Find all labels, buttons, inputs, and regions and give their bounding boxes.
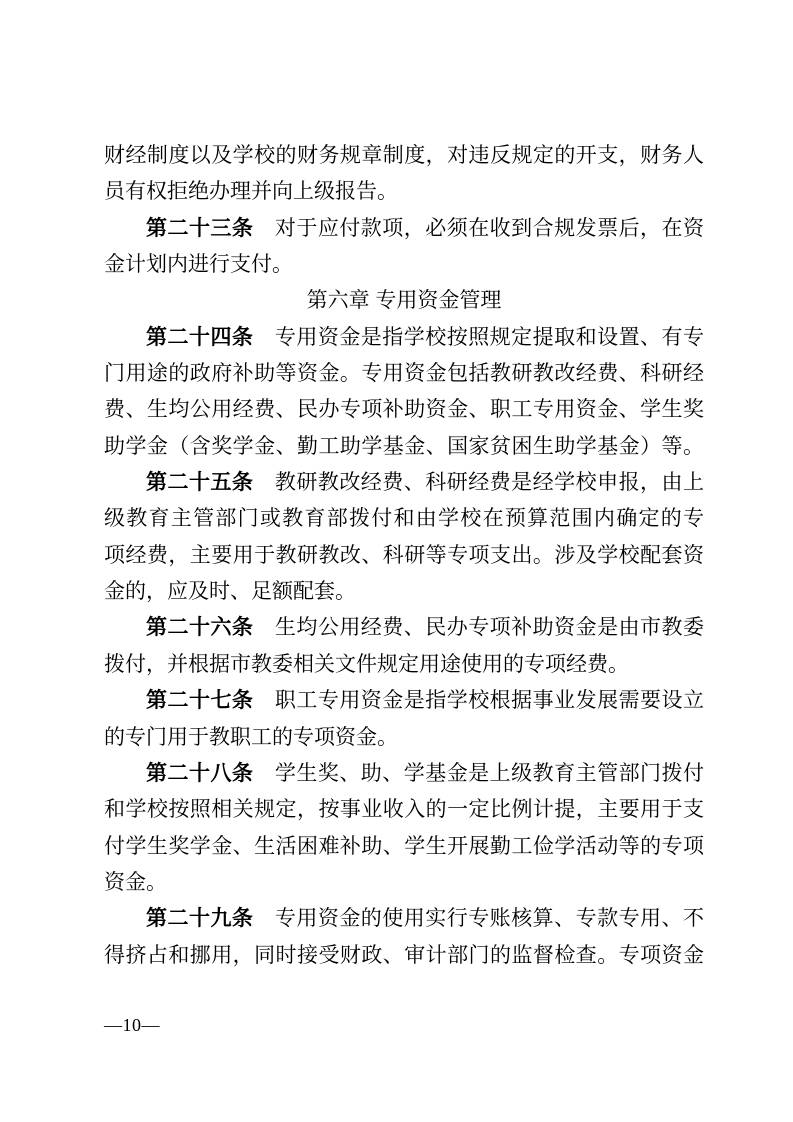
line-text: 教研教改经费、科研经费是经学校申报，由上: [253, 471, 704, 494]
text-line: 金计划内进行支付。: [104, 247, 704, 283]
line-text: 级教育主管部门或教育部拨付和由学校在预算范围内确定的专: [104, 507, 704, 530]
text-line: 付学生奖学金、生活困难补助、学生开展勤工俭学活动等的专项: [104, 829, 704, 865]
text-line: 第二十四条 专用资金是指学校按照规定提取和设置、有专: [104, 320, 704, 356]
text-line: 助学金（含奖学金、勤工助学基金、国家贫困生助学基金）等。: [104, 429, 704, 465]
article-number: 第二十九条: [146, 907, 253, 930]
article-number: 第二十五条: [146, 471, 253, 494]
text-line: 门用途的政府补助等资金。专用资金包括教研教改经费、科研经: [104, 356, 704, 392]
line-text: 对于应付款项，必须在收到合规发票后，在资: [253, 217, 704, 240]
line-text: 助学金（含奖学金、勤工助学基金、国家贫困生助学基金）等。: [104, 435, 704, 458]
line-text: 金的，应及时、足额配套。: [104, 580, 356, 603]
line-text: 费、生均公用经费、民办专项补助资金、职工专用资金、学生奖: [104, 398, 704, 421]
text-line: 第二十九条 专用资金的使用实行专账核算、专款专用、不: [104, 901, 704, 937]
line-text: 和学校按照相关规定，按事业收入的一定比例计提，主要用于支: [104, 798, 704, 821]
text-line: 员有权拒绝办理并向上级报告。: [104, 174, 704, 210]
article-number: 第二十七条: [146, 689, 253, 712]
line-text: 专用资金的使用实行专账核算、专款专用、不: [253, 907, 704, 930]
line-text: 资金。: [104, 871, 167, 894]
chapter-heading: 第六章 专用资金管理: [104, 283, 704, 319]
line-text: 职工专用资金是指学校根据事业发展需要设立: [253, 689, 704, 712]
line-text: 项经费，主要用于教研教改、科研等专项支出。涉及学校配套资: [104, 544, 704, 567]
text-line: 得挤占和挪用，同时接受财政、审计部门的监督检查。专项资金: [104, 938, 704, 974]
line-text: 门用途的政府补助等资金。专用资金包括教研教改经费、科研经: [104, 362, 704, 385]
line-text: 员有权拒绝办理并向上级报告。: [104, 180, 398, 203]
article-number: 第二十三条: [146, 217, 253, 240]
article-number: 第二十四条: [146, 326, 253, 349]
line-text: 付学生奖学金、生活困难补助、学生开展勤工俭学活动等的专项: [104, 835, 704, 858]
document-page: 财经制度以及学校的财务规章制度，对违反规定的开支，财务人员有权拒绝办理并向上级报…: [0, 0, 793, 1122]
text-line: 费、生均公用经费、民办专项补助资金、职工专用资金、学生奖: [104, 392, 704, 428]
document-lines: 财经制度以及学校的财务规章制度，对违反规定的开支，财务人员有权拒绝办理并向上级报…: [104, 138, 704, 974]
line-text: 专用资金是指学校按照规定提取和设置、有专: [253, 326, 704, 349]
text-line: 拨付，并根据市教委相关文件规定用途使用的专项经费。: [104, 647, 704, 683]
line-text: 拨付，并根据市教委相关文件规定用途使用的专项经费。: [104, 653, 629, 676]
line-text: 生均公用经费、民办专项补助资金是由市教委: [253, 616, 704, 639]
text-line: 第二十三条 对于应付款项，必须在收到合规发票后，在资: [104, 211, 704, 247]
line-text: 得挤占和挪用，同时接受财政、审计部门的监督检查。专项资金: [104, 944, 704, 967]
article-number: 第二十八条: [146, 762, 253, 785]
text-line: 项经费，主要用于教研教改、科研等专项支出。涉及学校配套资: [104, 538, 704, 574]
line-text: 财经制度以及学校的财务规章制度，对违反规定的开支，财务人: [104, 144, 704, 167]
text-line: 第二十八条 学生奖、助、学基金是上级教育主管部门拨付: [104, 756, 704, 792]
article-number: 第二十六条: [146, 616, 253, 639]
line-text: 学生奖、助、学基金是上级教育主管部门拨付: [253, 762, 704, 785]
page-number: —10—: [104, 1013, 160, 1037]
text-line: 级教育主管部门或教育部拨付和由学校在预算范围内确定的专: [104, 501, 704, 537]
text-line: 第二十六条 生均公用经费、民办专项补助资金是由市教委: [104, 610, 704, 646]
text-line: 的专门用于教职工的专项资金。: [104, 720, 704, 756]
text-line: 资金。: [104, 865, 704, 901]
line-text: 第六章 专用资金管理: [307, 289, 502, 312]
text-line: 和学校按照相关规定，按事业收入的一定比例计提，主要用于支: [104, 792, 704, 828]
text-line: 金的，应及时、足额配套。: [104, 574, 704, 610]
line-text: 金计划内进行支付。: [104, 253, 293, 276]
text-line: 财经制度以及学校的财务规章制度，对违反规定的开支，财务人: [104, 138, 704, 174]
text-line: 第二十五条 教研教改经费、科研经费是经学校申报，由上: [104, 465, 704, 501]
text-line: 第二十七条 职工专用资金是指学校根据事业发展需要设立: [104, 683, 704, 719]
line-text: 的专门用于教职工的专项资金。: [104, 726, 398, 749]
